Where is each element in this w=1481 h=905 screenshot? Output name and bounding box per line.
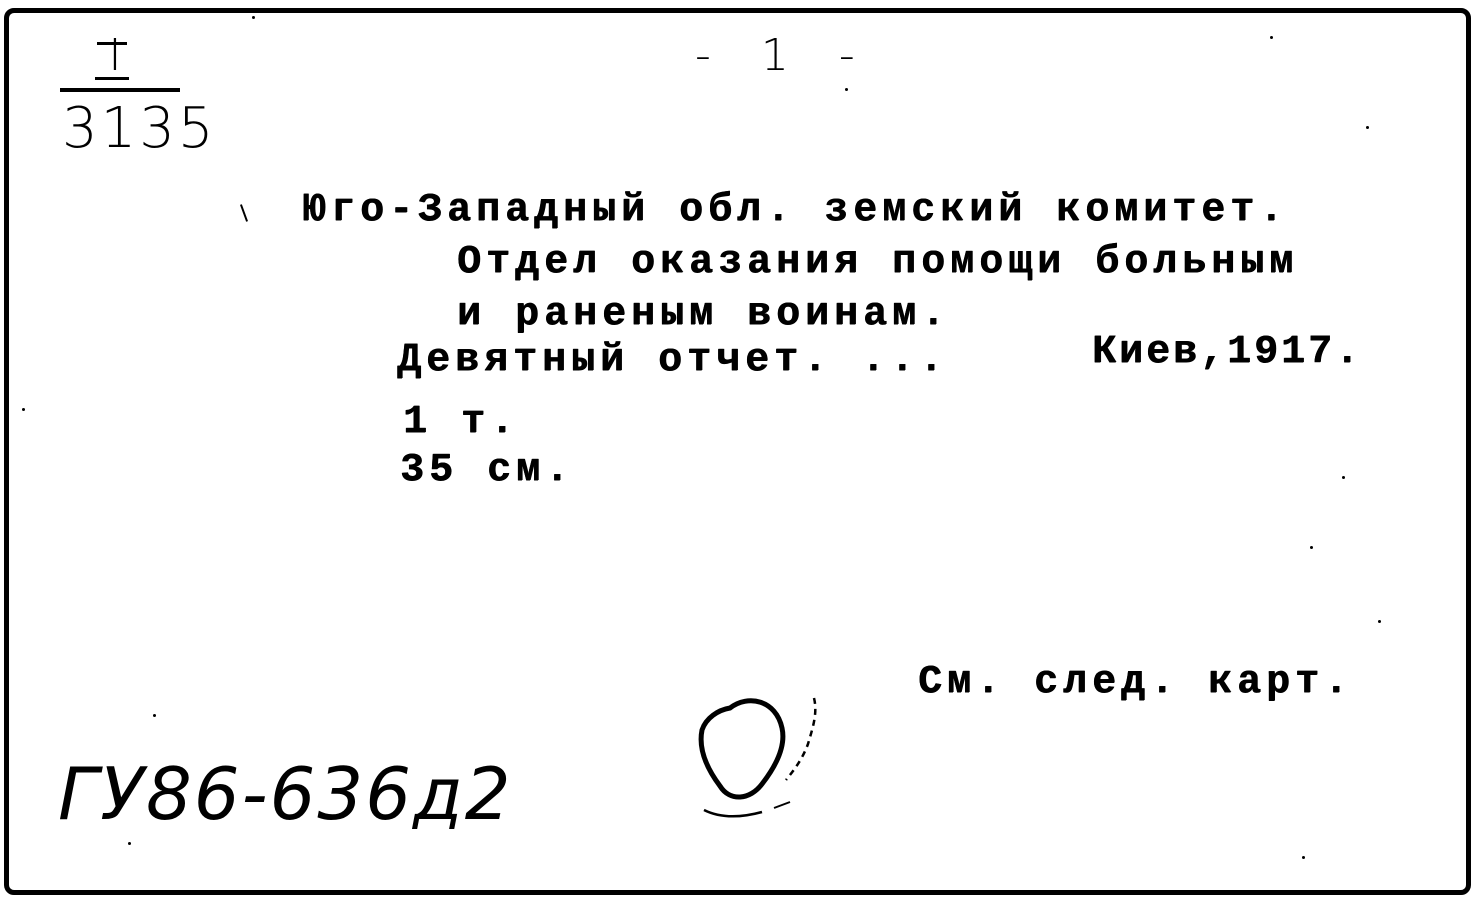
- speck: [128, 842, 131, 845]
- call-number: ГУ86-636д2: [58, 752, 513, 836]
- speck: [153, 714, 156, 717]
- shelf-mark-serif-bottom: [95, 77, 129, 80]
- see-next-card-note: См. след. карт.: [918, 660, 1353, 705]
- speck: [1366, 126, 1369, 129]
- shelf-mark-divider: [60, 88, 180, 92]
- imprint-text: Киев,1917.: [1092, 330, 1362, 375]
- size-text: 35 см.: [400, 448, 574, 493]
- speck: [1302, 856, 1305, 859]
- heading-line-2: Отдел оказания помощи больным: [457, 240, 1298, 285]
- shelf-mark-numeral: I: [96, 30, 136, 81]
- stamp-circle-icon: [690, 690, 830, 820]
- page-number: - 1 -: [695, 30, 873, 81]
- heading-line-1: Юго-Западный обл. земский комитет.: [302, 188, 1288, 233]
- speck: [1342, 476, 1345, 479]
- title-text: Девятный отчет. ...: [397, 338, 948, 383]
- speck: [1378, 620, 1381, 623]
- speck: [845, 88, 848, 91]
- volume-text: 1 т.: [403, 400, 519, 445]
- speck: [1310, 546, 1313, 549]
- speck: [1270, 36, 1273, 39]
- speck: [22, 408, 25, 411]
- speck: [252, 16, 255, 19]
- heading-line-3: и раненым воинам.: [457, 292, 950, 337]
- shelf-mark-number: 3135: [62, 96, 217, 161]
